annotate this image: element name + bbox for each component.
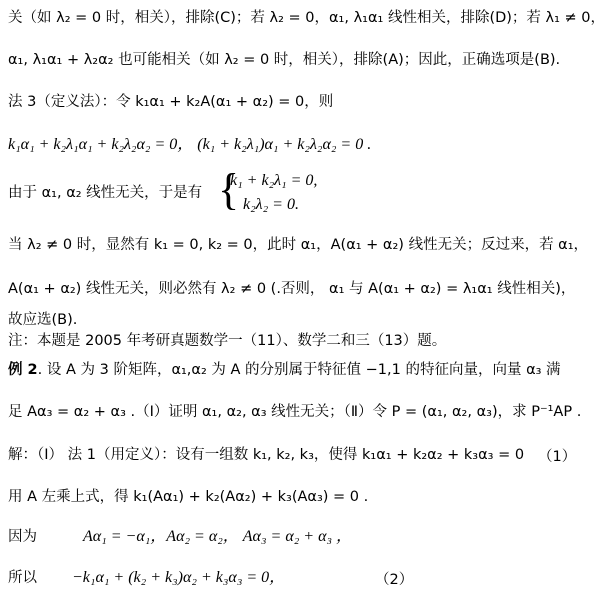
example-2-line: 例 2. 设 A 为 3 阶矩阵，α₁,α₂ 为 A 的分别属于特征值 −1,1…: [8, 360, 561, 380]
example-2-cont: 足 Aα₃ = α₂ + α₃ .（Ⅰ）证明 α₁, α₂, α₃ 线性无关；（…: [8, 402, 581, 422]
because-label: 因为: [8, 527, 37, 547]
text-line-when: 当 λ₂ ≠ 0 时，显然有 k₁ = 0, k₂ = 0，此时 α₁，A(α₁…: [8, 235, 588, 255]
because-equations: Aα₁ = −α₁，Aα₂ = α₂， Aα₃ = α₂ + α₃ ，: [83, 527, 352, 547]
note-line: 注：本题是 2005 年考研真题数学一（11）、数学二和三（13）题。: [8, 331, 446, 351]
left-multiply-line: 用 A 左乘上式，得 k₁(Aα₁) + k₂(Aα₂) + k₃(Aα₃) =…: [8, 487, 368, 507]
equation-number-1: （1）: [538, 445, 576, 466]
example-label: 例 2: [8, 362, 38, 378]
answer-line: 故应选(B).: [8, 310, 77, 330]
equation-number-2: （2）: [375, 568, 413, 589]
example-text: . 设 A 为 3 阶矩阵，α₁,α₂ 为 A 的分别属于特征值 −1,1 的特…: [38, 362, 561, 378]
text-line-2: α₁, λ₁α₁ + λ₂α₂ 也可能相关（如 λ₂ = 0 时，相关），排除(…: [8, 50, 560, 70]
therefore-label: 所以: [8, 568, 37, 588]
text-line-since: 由于 α₁, α₂ 线性无关，于是有: [8, 183, 202, 203]
therefore-equation: −k₁α₁ + (k₂ + k₃)α₂ + k₃α₃ = 0，: [72, 568, 285, 588]
text-line-conversely: A(α₁ + α₂) 线性无关，则必然有 λ₂ ≠ 0 (.否则， α₁ 与 A…: [8, 279, 575, 299]
system-eq-1: k₁ + k₂λ₁ = 0,: [230, 171, 317, 191]
text-line-1: 关（如 λ₂ = 0 时，相关），排除(C)；若 λ₂ = 0，α₁, λ₁α₁…: [8, 8, 602, 28]
system-eq-2: k₂λ₂ = 0.: [243, 195, 299, 215]
solution-line: 解：（Ⅰ） 法 1（用定义）：设有一组数 k₁, k₂, k₃，使得 k₁α₁ …: [8, 445, 524, 465]
equation-line: k₁α₁ + k₂λ₁α₁ + k₂λ₂α₂ = 0， (k₁ + k₂λ₁)α…: [8, 135, 371, 155]
method-3-heading: 法 3（定义法）：令 k₁α₁ + k₂A(α₁ + α₂) = 0，则: [8, 92, 333, 112]
